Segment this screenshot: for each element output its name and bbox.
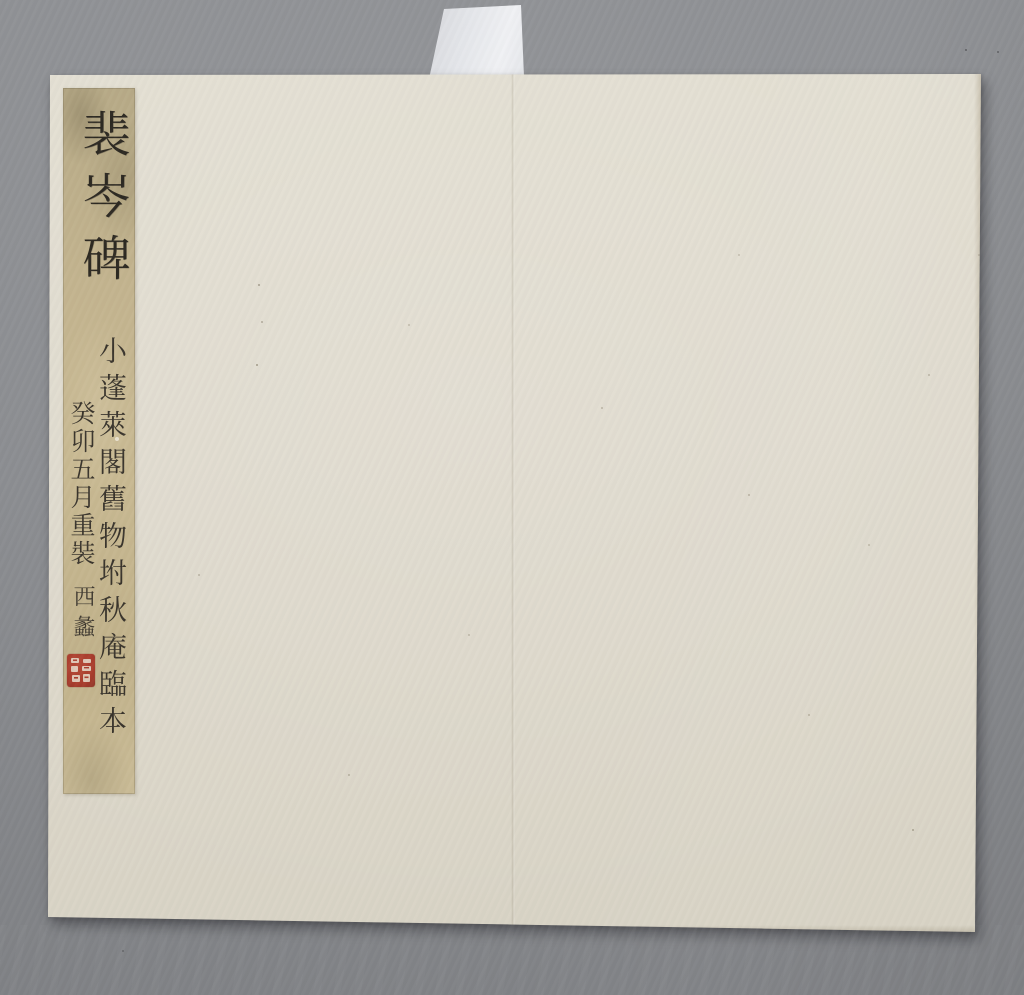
photo-background: 裴岑碑 小蓬萊閣舊物坿秋庵臨本 癸卯五月重裝 西蠡 <box>0 0 1024 995</box>
signature: 西蠡 <box>71 585 93 645</box>
title-calligraphy: 裴岑碑 <box>78 109 126 295</box>
collector-seal <box>67 654 95 687</box>
fold-crease <box>511 74 515 932</box>
album-cover: 裴岑碑 小蓬萊閣舊物坿秋庵臨本 癸卯五月重裝 西蠡 <box>48 74 981 932</box>
title-slip: 裴岑碑 小蓬萊閣舊物坿秋庵臨本 癸卯五月重裝 西蠡 <box>63 88 135 794</box>
seal-marks <box>67 654 95 687</box>
colophon-right: 小蓬萊閣舊物坿秋庵臨本 <box>97 336 125 743</box>
background-specks <box>0 0 2 2</box>
colophon-left: 癸卯五月重裝 <box>69 400 94 568</box>
paper-specks <box>48 74 50 76</box>
album-wrap: 裴岑碑 小蓬萊閣舊物坿秋庵臨本 癸卯五月重裝 西蠡 <box>0 0 1024 995</box>
